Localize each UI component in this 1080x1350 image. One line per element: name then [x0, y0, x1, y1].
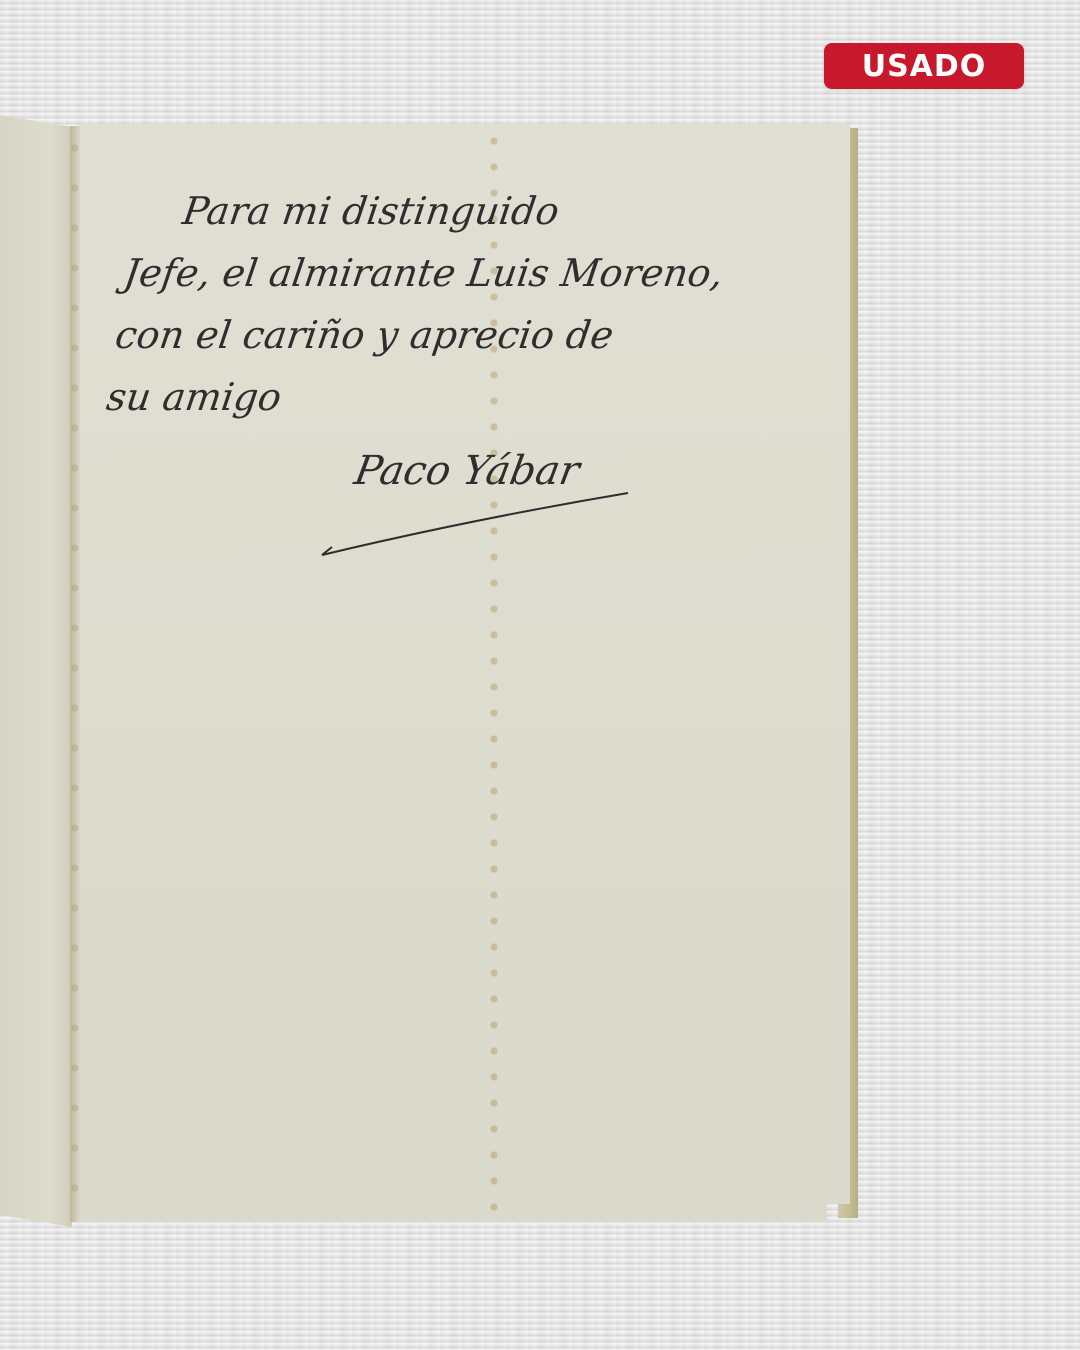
inscription-line: Jefe, el almirante Luis Moreno, [120, 242, 809, 304]
handwritten-inscription: Para mi distinguido Jefe, el almirante L… [103, 180, 818, 428]
inscription-line: Para mi distinguido [129, 180, 818, 242]
left-page [0, 115, 72, 1227]
inscription-line: su amigo [103, 366, 792, 428]
signature-flourish [318, 485, 638, 565]
inscription-line: con el cariño y aprecio de [111, 304, 800, 366]
foxing-stains-gutter [70, 128, 80, 1218]
open-book: Para mi distinguido Jefe, el almirante L… [0, 0, 1080, 1350]
